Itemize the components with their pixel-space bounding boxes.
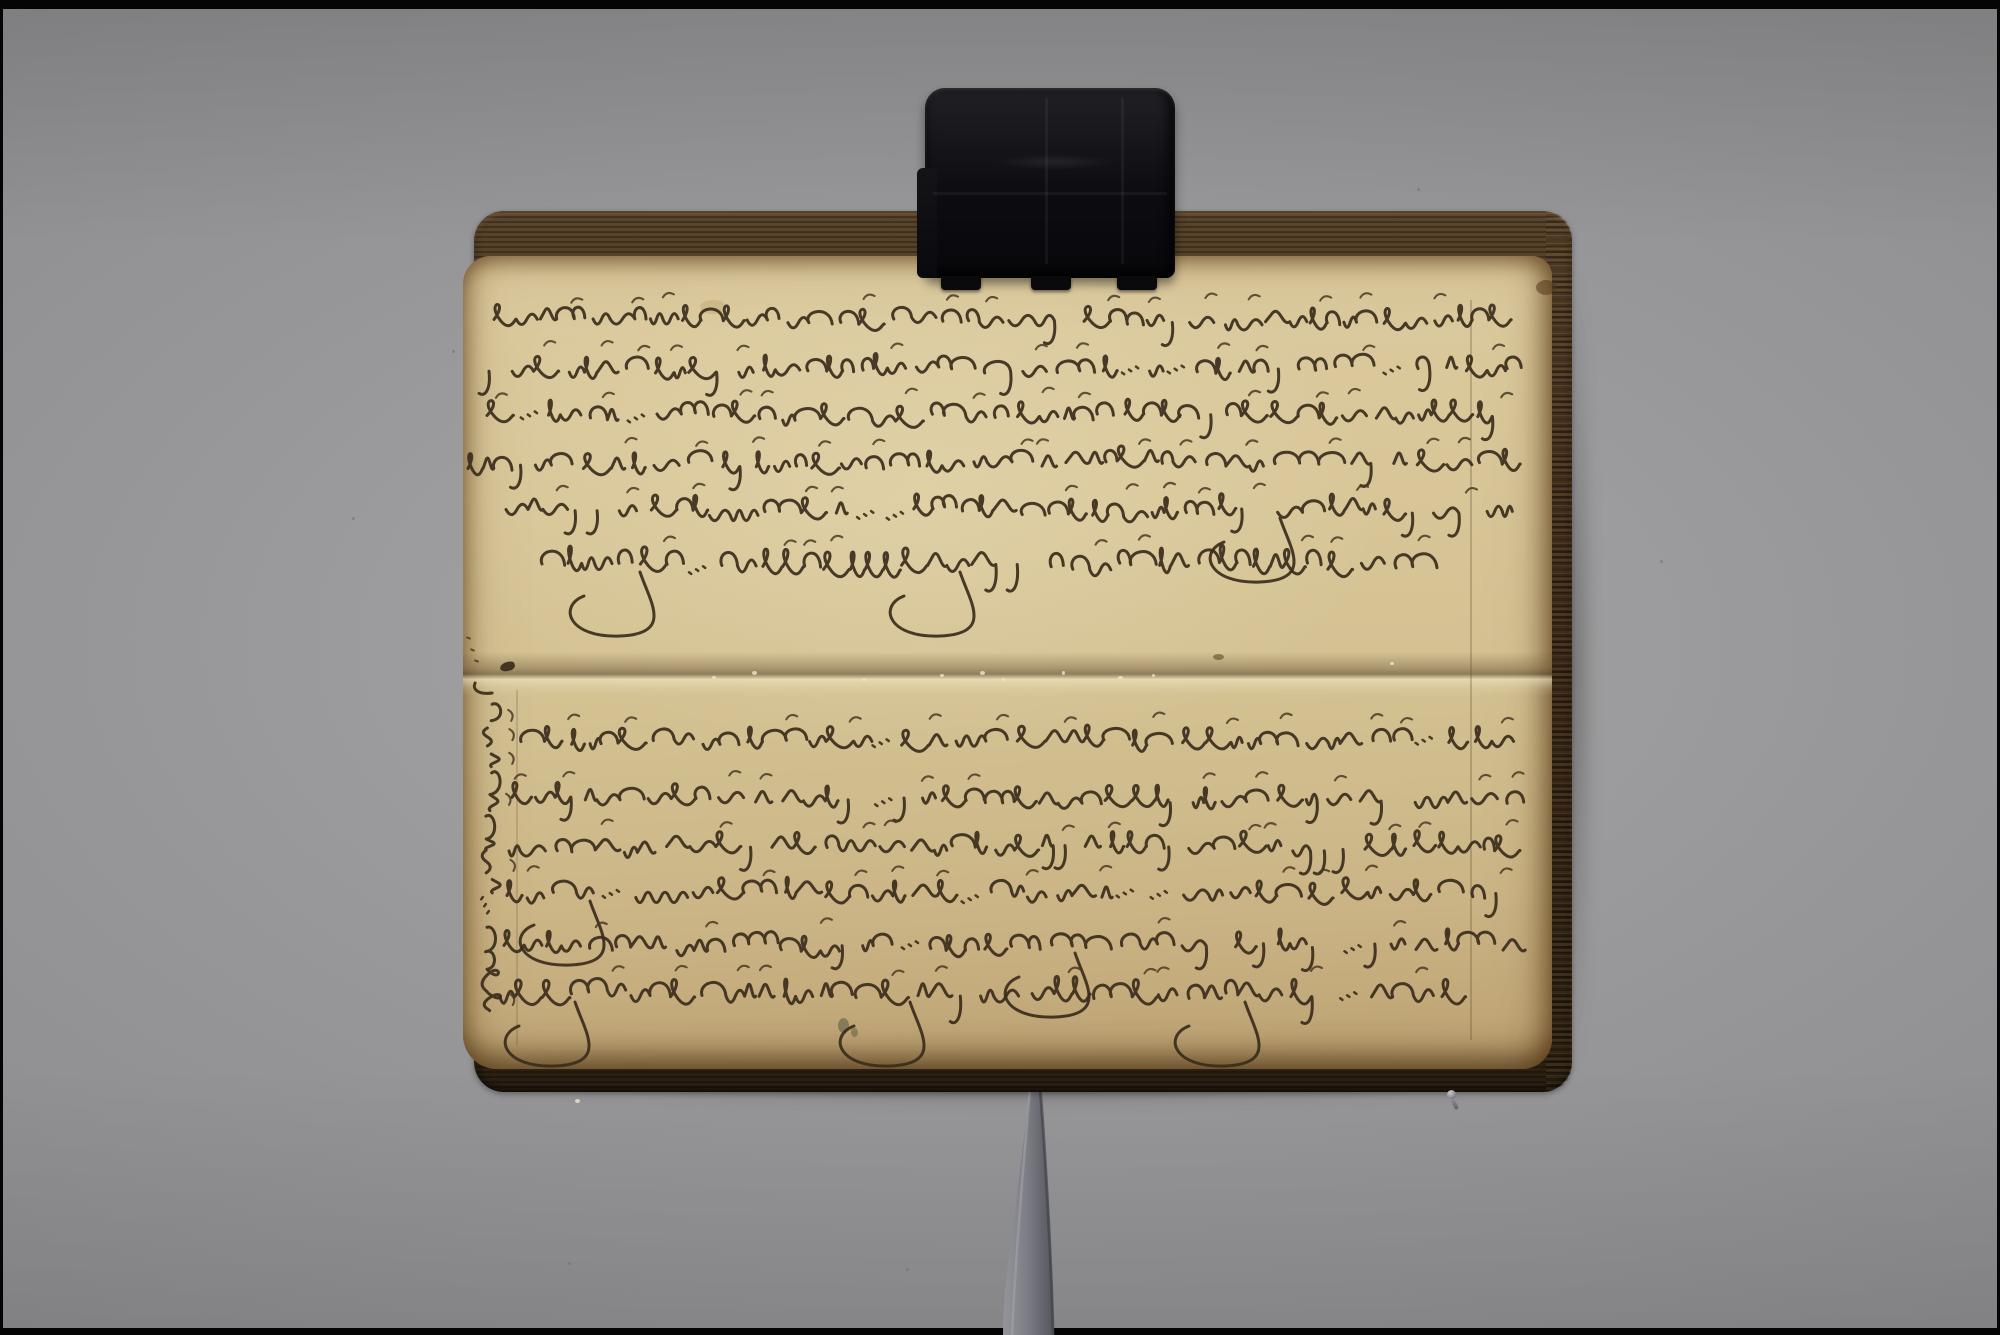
fold-speck xyxy=(980,671,985,675)
center-fold-crease xyxy=(463,652,1552,696)
battery-seam xyxy=(1121,98,1124,264)
battery-foot xyxy=(1117,276,1157,290)
fold-speck xyxy=(752,671,757,675)
paper-stain xyxy=(700,300,726,314)
dust-speck xyxy=(352,517,355,520)
fold-speck xyxy=(940,674,944,677)
paper-stain xyxy=(1536,280,1556,295)
metal-pin-head xyxy=(1447,1090,1456,1099)
fold-speck xyxy=(1002,678,1005,681)
battery-foot xyxy=(1031,276,1071,290)
fold-speck xyxy=(575,1099,580,1103)
fold-speck xyxy=(1152,674,1155,677)
fold-speck xyxy=(1118,676,1123,679)
dust-speck xyxy=(452,350,455,353)
battery-seam xyxy=(1045,98,1048,264)
battery-glint xyxy=(995,154,1115,170)
paper-stain xyxy=(1213,654,1224,660)
fold-speck xyxy=(862,678,866,681)
fold-speck xyxy=(712,676,716,679)
manuscript-photo xyxy=(0,0,2000,1335)
dust-speck xyxy=(1417,188,1420,191)
dust-speck xyxy=(568,1262,571,1265)
dust-speck xyxy=(1660,560,1663,563)
fold-speck xyxy=(1390,662,1394,665)
paper-stain xyxy=(838,1018,849,1033)
fold-speck xyxy=(1062,671,1065,675)
paper-stain xyxy=(851,1028,858,1037)
right-margin-rule xyxy=(1470,300,1472,1040)
battery-foot xyxy=(941,276,981,290)
dust-speck xyxy=(906,1268,909,1271)
left-margin-rule xyxy=(516,690,518,1045)
battery-weight xyxy=(925,88,1175,278)
